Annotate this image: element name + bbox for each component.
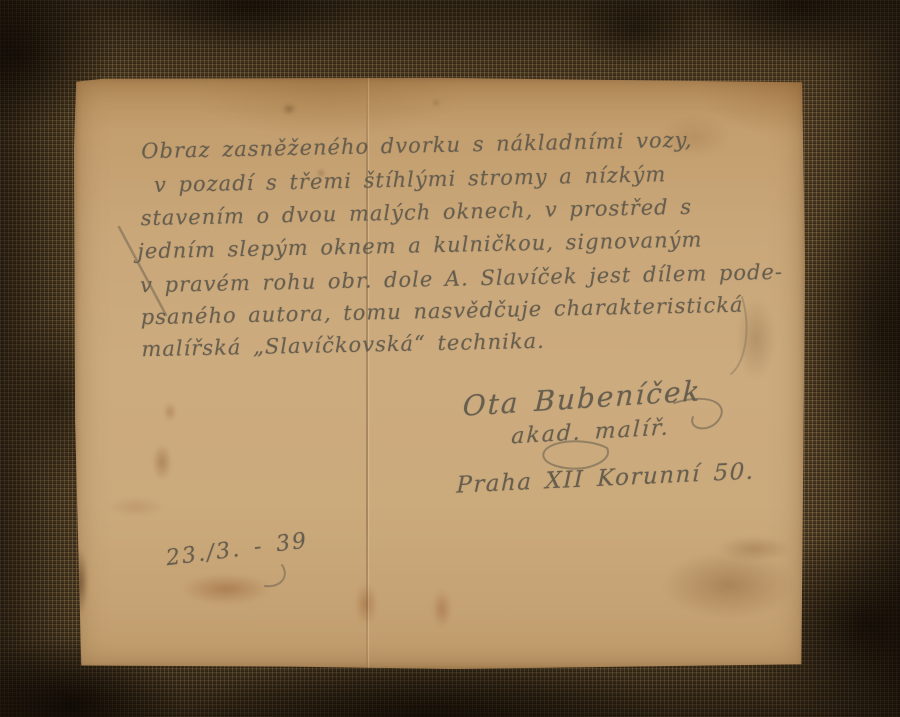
signature-title: akad. malíř. bbox=[511, 415, 671, 449]
handwritten-line-1: Obraz zasněženého dvorku s nákladními vo… bbox=[141, 128, 693, 164]
handwritten-line-6: psaného autora, tomu nasvědčuje charakte… bbox=[140, 293, 743, 330]
handwritten-line-4: jedním slepým oknem a kulničkou, signova… bbox=[137, 227, 703, 263]
date-note: 23./3. - 39 bbox=[165, 528, 310, 571]
photo-of-painting-verso: Obraz zasněženého dvorku s nákladními vo… bbox=[0, 0, 900, 717]
handwritten-line-5: v pravém rohu obr. dole A. Slavíček jest… bbox=[140, 260, 783, 297]
handwritten-line-7: malířská „Slavíčkovská“ technika. bbox=[141, 329, 545, 361]
paper-note: Obraz zasněženého dvorku s nákladními vo… bbox=[74, 77, 805, 669]
signature-address: Praha XII Korunní 50. bbox=[456, 459, 755, 499]
handwritten-text: Obraz zasněženého dvorku s nákladními vo… bbox=[68, 63, 811, 670]
handwritten-line-2: v pozadí s třemi štíhlými stromy a nízký… bbox=[154, 162, 667, 197]
handwritten-line-3: stavením o dvou malých oknech, v prostře… bbox=[140, 195, 692, 231]
